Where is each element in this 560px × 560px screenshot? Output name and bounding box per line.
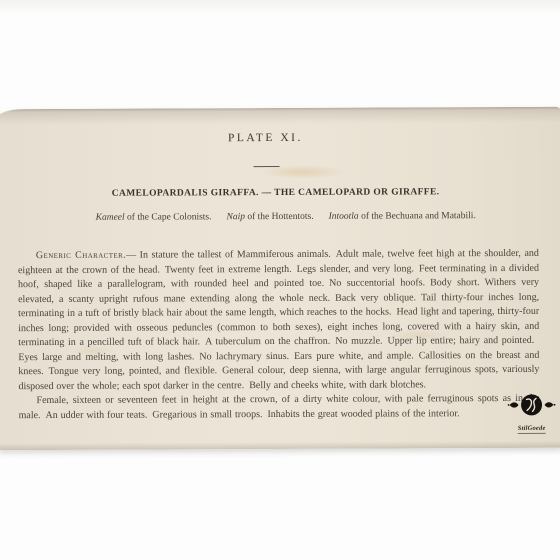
synonym-item: Intootla of the Bechuana and Matabili.	[329, 211, 476, 222]
description-block: Generic Character.— In stature the talle…	[18, 247, 540, 423]
synonym-item: Kameel of the Cape Colonists.	[96, 212, 212, 223]
synonyms-line: Kameel of the Cape Colonists. Naip of th…	[0, 211, 560, 223]
plate-title: PLATE XI.	[0, 107, 560, 145]
synonym-name: Intootla	[329, 212, 359, 222]
stamp-emblem-icon	[507, 392, 555, 418]
book-page: PLATE XI. CAMELOPARDALIS GIRAFFA. — THE …	[0, 107, 560, 450]
synonym-rest: of the Hottentots.	[245, 212, 314, 222]
synonym-rest: of the Bechuana and Matabili.	[359, 211, 476, 222]
synonym-rest: of the Cape Colonists.	[125, 212, 212, 222]
female-paragraph: Female, sixteen or seventeen feet in hei…	[19, 392, 540, 423]
synonym-name: Kameel	[96, 213, 125, 223]
em-dash: —	[126, 250, 136, 261]
generic-character-label: Generic Character.	[36, 250, 126, 261]
publisher-stamp: StilGoede	[505, 392, 557, 434]
photo-background: PLATE XI. CAMELOPARDALIS GIRAFFA. — THE …	[0, 0, 560, 560]
generic-character-paragraph: Generic Character.— In stature the talle…	[18, 247, 540, 394]
species-heading: CAMELOPARDALIS GIRAFFA. — THE CAMELOPARD…	[0, 187, 560, 199]
synonym-item: Naip of the Hottentots.	[226, 212, 313, 222]
watermark-text: StilGoede	[518, 426, 546, 434]
synonym-name: Naip	[226, 212, 245, 222]
generic-character-text: In stature the tallest of Mammiferous an…	[18, 248, 539, 392]
section-divider	[254, 166, 280, 167]
